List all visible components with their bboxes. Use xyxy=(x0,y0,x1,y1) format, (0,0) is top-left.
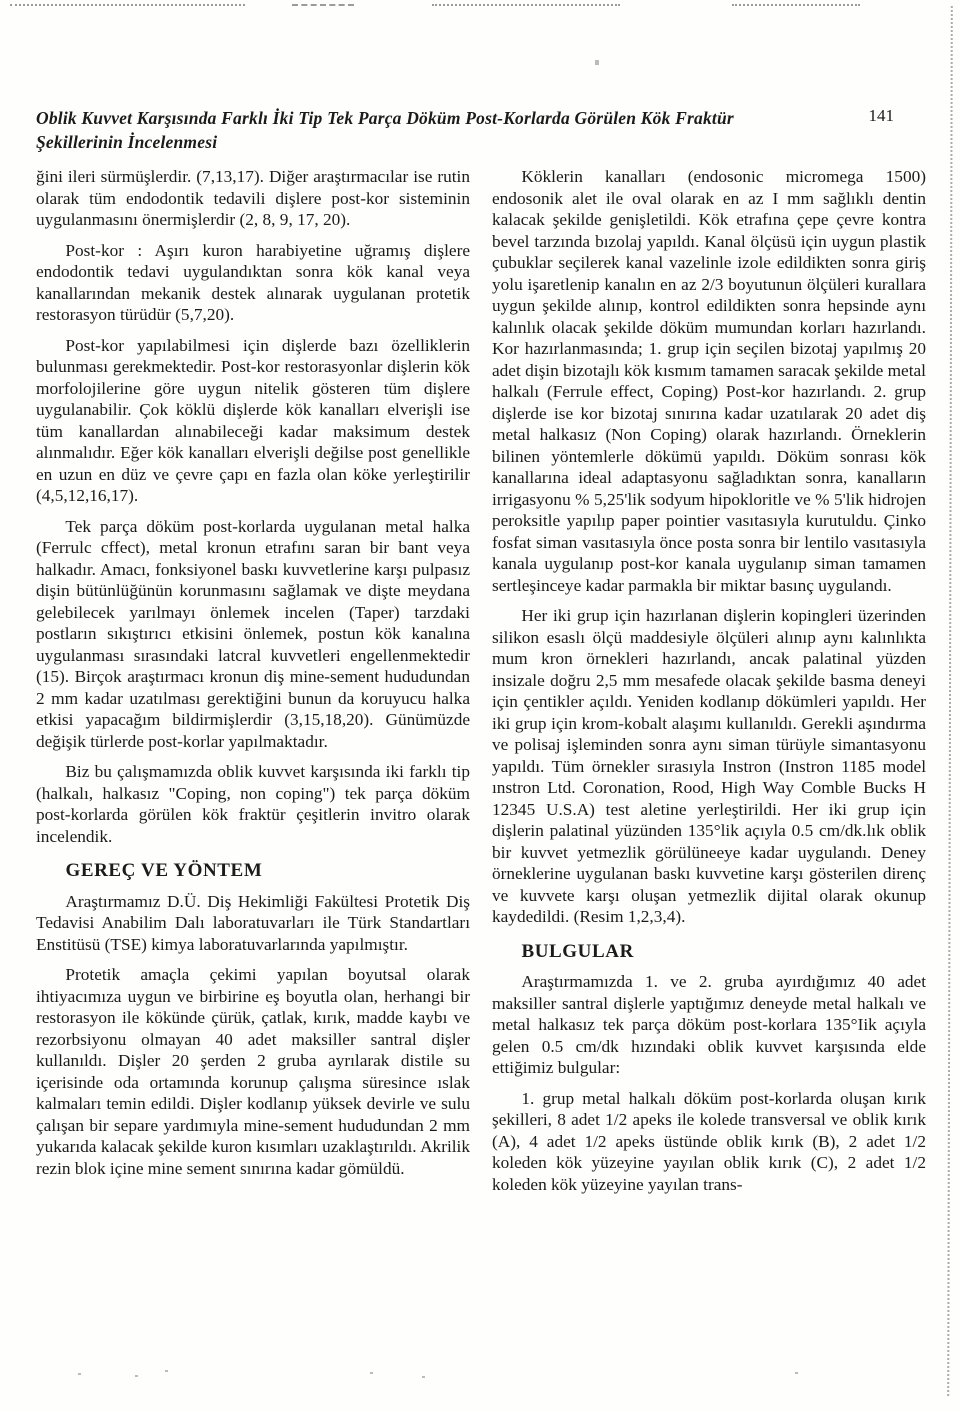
scan-noise-speck xyxy=(795,1372,798,1374)
scan-noise-speck xyxy=(422,1376,425,1378)
paragraph: Her iki grup için hazırlanan dişlerin ko… xyxy=(492,605,926,928)
paragraph: Araştırmamız D.Ü. Diş Hekimliği Fakültes… xyxy=(36,891,470,956)
running-title-line1: Oblik Kuvvet Karşısında Farklı İki Tip T… xyxy=(36,106,926,130)
paragraph: ğini ileri sürmüşlerdir. (7,13,17). Diğe… xyxy=(36,166,470,231)
paragraph: Post-kor yapılabilmesi için dişlerde baz… xyxy=(36,335,470,507)
paragraph: Tek parça döküm post-korlarda uygulanan … xyxy=(36,516,470,753)
scan-noise-row xyxy=(0,1368,960,1380)
paragraph: Araştırmamızda 1. ve 2. gruba ayırdığımı… xyxy=(492,971,926,1079)
scan-noise-speck xyxy=(78,1373,81,1375)
scanned-paper-page: Oblik Kuvvet Karşısında Farklı İki Tip T… xyxy=(0,0,960,1411)
paragraph: Köklerin kanalları (endosonic micromega … xyxy=(492,166,926,596)
paragraph: Protetik amaçla çekimi yapılan boyutsal … xyxy=(36,964,470,1179)
section-heading-gerec-ve-yontem: GEREÇ VE YÖNTEM xyxy=(36,860,470,882)
scan-noise-speck xyxy=(370,1372,373,1374)
paragraph: 1. grup metal halkalı döküm post-korlard… xyxy=(492,1088,926,1196)
scan-noise-speck xyxy=(135,1375,138,1377)
scan-artifact-top-3 xyxy=(432,4,620,6)
scan-artifact-right-edge xyxy=(947,6,953,1396)
scan-artifact-top-4 xyxy=(732,4,860,6)
scan-noise-speck xyxy=(165,1370,168,1372)
paragraph: Post-kor : Aşırı kuron harabiyetine uğra… xyxy=(36,240,470,326)
scan-artifact-top-1 xyxy=(10,4,245,6)
section-heading-bulgular: BULGULAR xyxy=(492,941,926,963)
scan-noise-speck xyxy=(595,60,599,65)
running-title-line2: Şekillerinin İncelenmesi xyxy=(36,130,926,154)
column-right: Köklerin kanalları (endosonic micromega … xyxy=(492,166,926,1204)
paragraph: Biz bu çalışmamızda oblik kuvvet karşısı… xyxy=(36,761,470,847)
page-number: 141 xyxy=(869,106,895,126)
page-header: Oblik Kuvvet Karşısında Farklı İki Tip T… xyxy=(36,106,926,154)
column-left: ğini ileri sürmüşlerdir. (7,13,17). Diğe… xyxy=(36,166,470,1188)
scan-artifact-top-2 xyxy=(292,4,354,6)
